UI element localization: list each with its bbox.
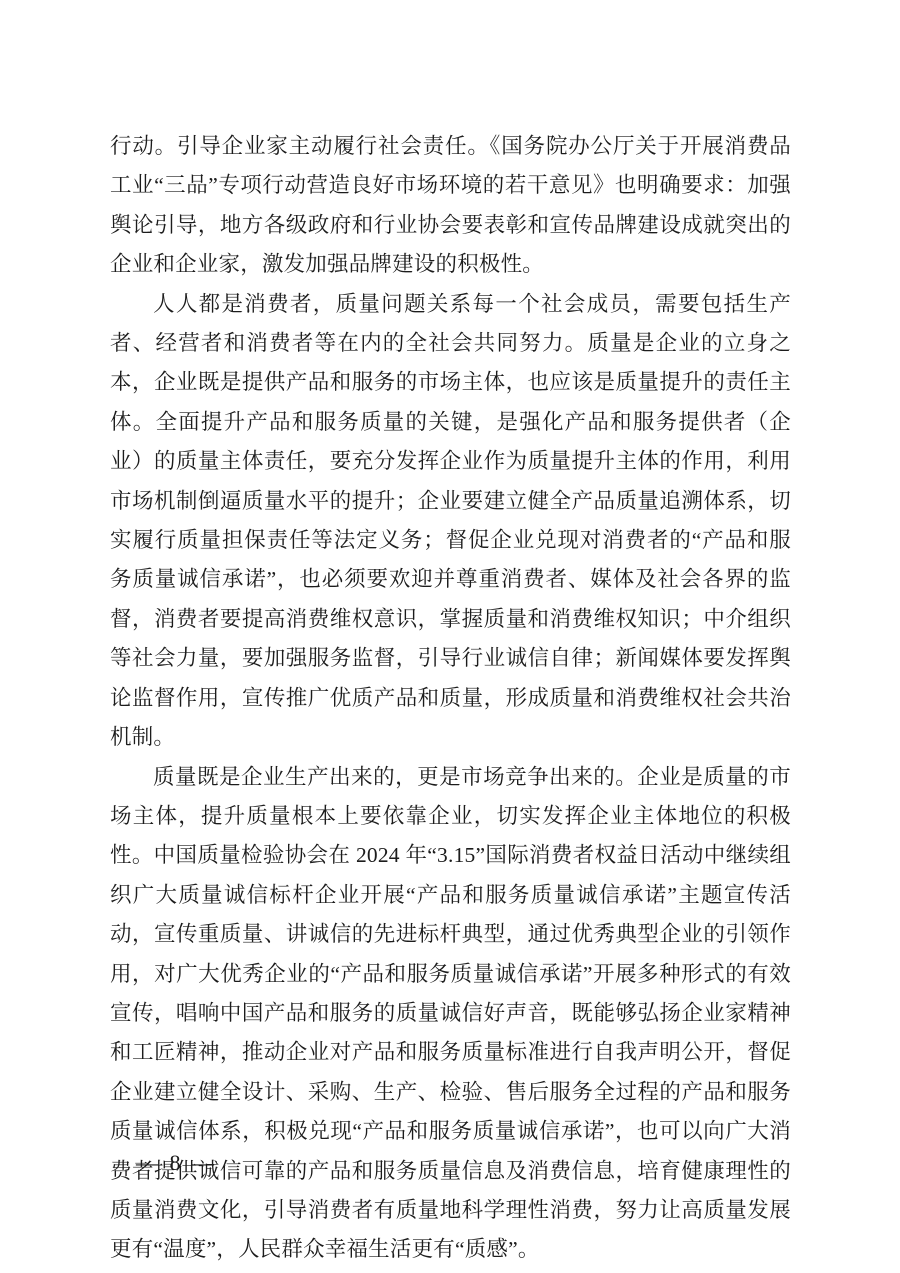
document-page: 行动。引导企业家主动履行社会责任。《国务院办公厅关于开展消费品工业“三品”专项行… bbox=[0, 0, 900, 1273]
paragraph: 质量既是企业生产出来的，更是市场竞争出来的。企业是质量的市场主体，提升质量根本上… bbox=[110, 758, 791, 1270]
paragraph: 人人都是消费者，质量问题关系每一个社会成员，需要包括生产者、经营者和消费者等在内… bbox=[110, 285, 791, 758]
page-number: — 8 — bbox=[136, 1148, 217, 1178]
paragraph-continuation: 行动。引导企业家主动履行社会责任。《国务院办公厅关于开展消费品工业“三品”专项行… bbox=[110, 127, 791, 285]
body-text: 行动。引导企业家主动履行社会责任。《国务院办公厅关于开展消费品工业“三品”专项行… bbox=[110, 127, 791, 1270]
